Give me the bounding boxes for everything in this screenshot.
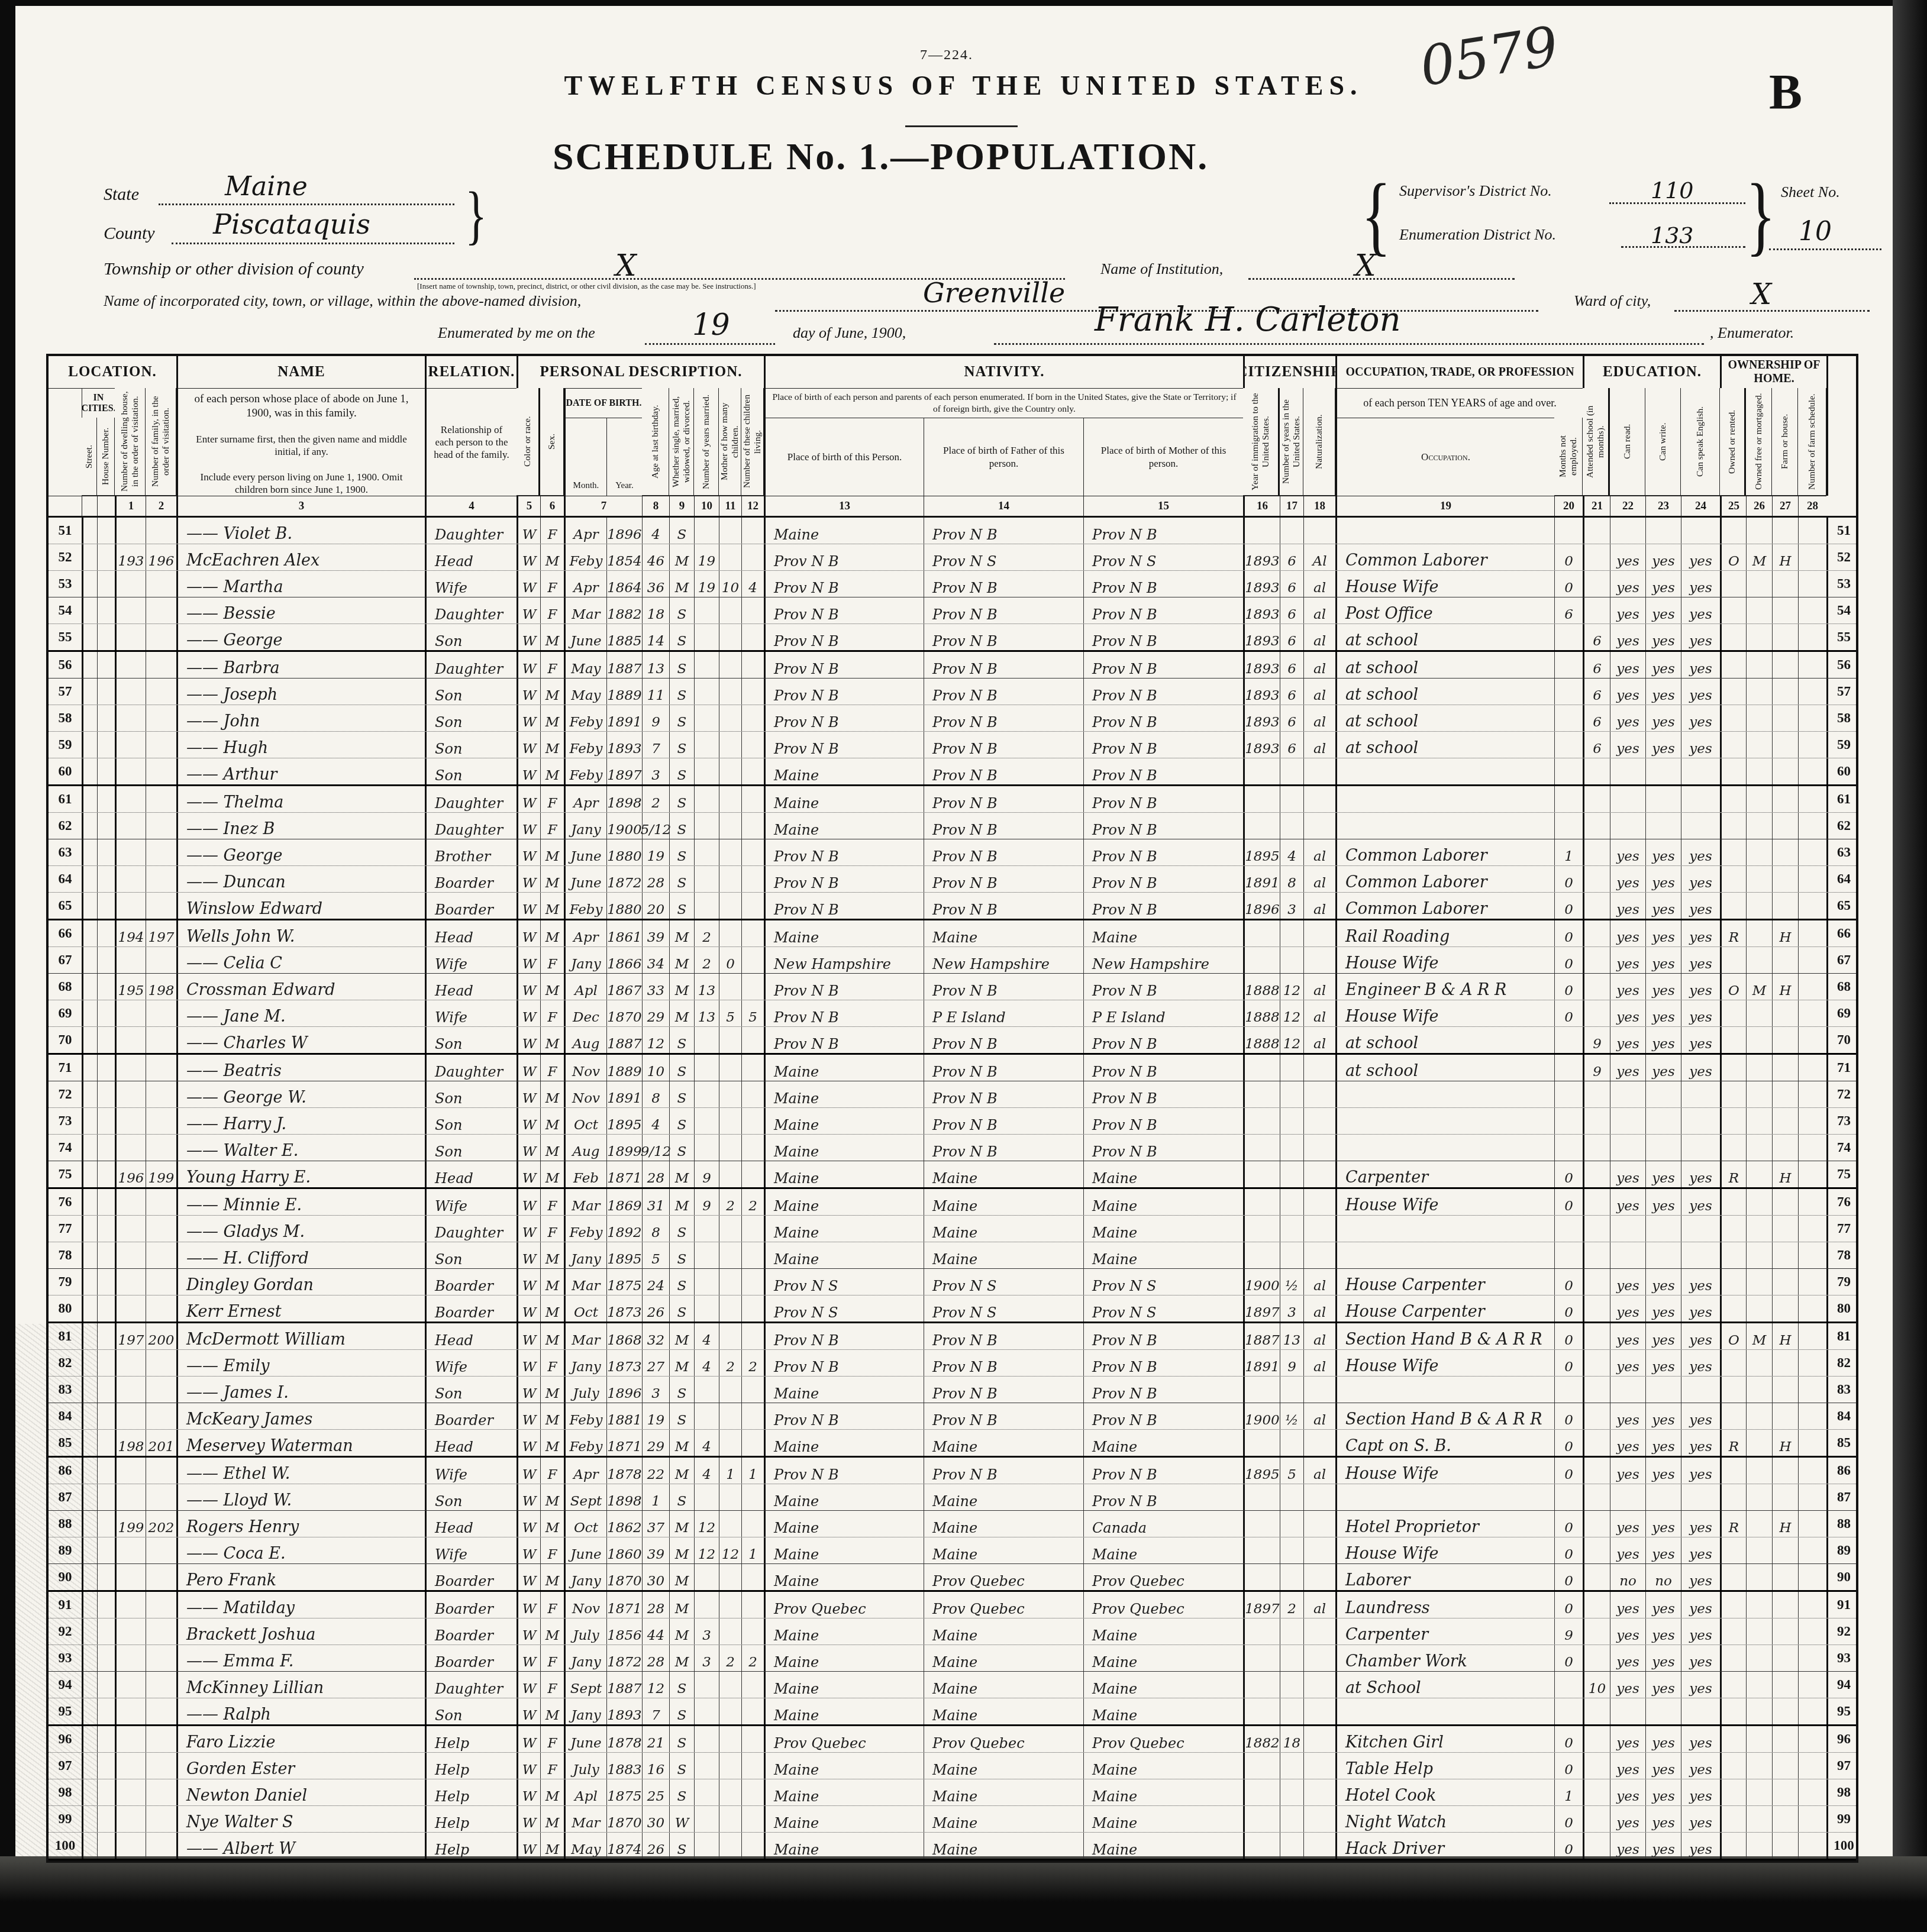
cell-children_living: 2 [741, 1350, 764, 1376]
cell-mother_of [719, 893, 741, 919]
cell-birth_month: Nov [564, 1592, 606, 1618]
cell-mother_of [719, 732, 741, 758]
cell-farm_house [1772, 1484, 1798, 1510]
cell-attended_school [1583, 893, 1610, 919]
cell-farm_house [1772, 1295, 1798, 1322]
row-number-right: 59 [1826, 732, 1860, 758]
cell-months_not_employed: 6 [1554, 597, 1583, 623]
enumerated-day-line [645, 343, 775, 345]
cell-years_us [1280, 1564, 1303, 1590]
cell-attended_school [1583, 1189, 1610, 1215]
cell-dwelling [115, 1216, 146, 1242]
column-number: 6 [540, 496, 564, 516]
cell-owned_rented [1720, 1537, 1746, 1563]
cell-marital: M [669, 544, 694, 570]
cell-can_write: yes [1645, 652, 1681, 678]
cell-marital: S [669, 1242, 694, 1268]
cell-pob_mother: Prov N B [1083, 1377, 1243, 1403]
cell-marital: S [669, 1403, 694, 1429]
cell-farm_house [1772, 1269, 1798, 1295]
cell-can_read: yes [1610, 1726, 1645, 1752]
cell-naturalization: al [1303, 1323, 1335, 1349]
cell-birth_year: 1867 [606, 974, 642, 1000]
cell-relation: Head [425, 1511, 517, 1537]
cell-owned_rented: R [1720, 1430, 1746, 1456]
cell-occupation [1335, 1216, 1554, 1242]
row-number-right: 61 [1826, 786, 1860, 812]
cell-naturalization: al [1303, 1269, 1335, 1295]
cell-name: Kerr Ernest [176, 1295, 425, 1322]
cell-color: W [517, 732, 540, 758]
cell-occupation: Capt on S. B. [1335, 1430, 1554, 1456]
cell-pob_person: Maine [764, 1779, 924, 1805]
cell-owned_free_mortgaged [1746, 1537, 1772, 1563]
cell-pob_father: Maine [924, 1484, 1083, 1510]
cell-owned_free_mortgaged [1746, 1403, 1772, 1429]
cell-name: McDermott William [176, 1323, 425, 1349]
cell-sex: M [540, 1833, 564, 1859]
cell-years_married: 9 [694, 1161, 719, 1187]
cell-naturalization [1303, 1161, 1335, 1187]
cell-relation: Son [425, 732, 517, 758]
cell-children_living: 2 [741, 1645, 764, 1671]
cell-imm_year: 1888 [1243, 1027, 1280, 1053]
cell-farm_house [1772, 1537, 1798, 1563]
row-number-right: 56 [1826, 652, 1860, 678]
cell-attended_school [1583, 866, 1610, 892]
cell-dwelling [115, 1108, 146, 1134]
cell-farm_schedule [1798, 1323, 1826, 1349]
cell-owned_free_mortgaged [1746, 652, 1772, 678]
cell-can_speak_english: yes [1681, 1323, 1720, 1349]
cell-naturalization [1303, 920, 1335, 946]
cell-birth_year: 1889 [606, 1055, 642, 1081]
cell-marital: S [669, 1484, 694, 1510]
cell-months_not_employed: 0 [1554, 1350, 1583, 1376]
cell-birth_month: Apr [564, 571, 606, 597]
cell-owned_rented [1720, 1592, 1746, 1618]
cell-age: 44 [642, 1618, 669, 1645]
cell-age: 36 [642, 571, 669, 597]
cell-pob_father: Prov N B [924, 786, 1083, 812]
cell-years_us [1280, 1430, 1303, 1456]
cell-age: 26 [642, 1295, 669, 1322]
cell-can_write: yes [1645, 1403, 1681, 1429]
cell-attended_school [1583, 1323, 1610, 1349]
cell-farm_house [1772, 893, 1798, 919]
cell-years_us [1280, 1779, 1303, 1805]
cell-can_read [1610, 813, 1645, 839]
cell-pob_person: Prov N B [764, 624, 924, 650]
cell-pob_mother: Prov N B [1083, 1027, 1243, 1053]
cell-farm_schedule [1798, 758, 1826, 784]
cell-can_speak_english: yes [1681, 1726, 1720, 1752]
cell-name: Nye Walter S [176, 1806, 425, 1832]
cell-pob_father: Prov N B [924, 597, 1083, 623]
cell-pob_father: Prov N B [924, 893, 1083, 919]
cell-occupation: House Wife [1335, 1458, 1554, 1484]
cell-pob_mother: Prov N B [1083, 813, 1243, 839]
cell-age: 26 [642, 1833, 669, 1859]
cell-pob_mother: Prov N B [1083, 1484, 1243, 1510]
cell-marital: S [669, 1779, 694, 1805]
cell-occupation: Rail Roading [1335, 920, 1554, 946]
col-age: Age at last birthday. [642, 388, 669, 496]
cell-farm_schedule [1798, 624, 1826, 650]
cell-occupation [1335, 1108, 1554, 1134]
cell-occupation [1335, 518, 1554, 544]
cell-family [146, 652, 176, 678]
cell-imm_year [1243, 1806, 1280, 1832]
cell-street [82, 1564, 97, 1590]
cell-naturalization: al [1303, 893, 1335, 919]
cell-years_married: 2 [694, 920, 719, 946]
cell-owned_rented [1720, 1698, 1746, 1724]
cell-years_married [694, 597, 719, 623]
cell-mother_of [719, 518, 741, 544]
cell-pob_father: Prov N B [924, 1458, 1083, 1484]
cell-street [82, 1161, 97, 1187]
cell-family [146, 1108, 176, 1134]
cell-pob_person: Prov N S [764, 1269, 924, 1295]
row-number-right: 53 [1826, 571, 1860, 597]
enumerated-day: 19 [692, 308, 730, 342]
cell-pob_mother: Maine [1083, 1189, 1243, 1215]
cell-relation: Wife [425, 947, 517, 973]
cell-pob_father: Prov N S [924, 544, 1083, 570]
cell-attended_school [1583, 1592, 1610, 1618]
cell-imm_year [1243, 1216, 1280, 1242]
cell-family [146, 1779, 176, 1805]
cell-marital: M [669, 1592, 694, 1618]
col-can-speak-english: Can speak English. [1681, 388, 1720, 496]
cell-sex: M [540, 1564, 564, 1590]
cell-years_us [1280, 1161, 1303, 1187]
cell-attended_school [1583, 920, 1610, 946]
cell-can_read: yes [1610, 1350, 1645, 1376]
cell-years_married: 13 [694, 1000, 719, 1026]
cell-mother_of: 2 [719, 1645, 741, 1671]
cell-imm_year: 1896 [1243, 893, 1280, 919]
cell-birth_month: Dec [564, 1000, 606, 1026]
cell-imm_year: 1893 [1243, 705, 1280, 731]
scan-edge-right [1893, 0, 1927, 1932]
cell-occupation: at school [1335, 705, 1554, 731]
cell-owned_rented [1720, 1108, 1746, 1134]
cell-owned_rented [1720, 1377, 1746, 1403]
cell-mother_of [719, 1484, 741, 1510]
cell-farm_schedule [1798, 786, 1826, 812]
cell-years_married: 3 [694, 1618, 719, 1645]
cell-street [82, 597, 97, 623]
cell-occupation: Carpenter [1335, 1618, 1554, 1645]
sheet-letter: B [1769, 64, 1802, 121]
cell-months_not_employed: 0 [1554, 1833, 1583, 1859]
cell-owned_free_mortgaged [1746, 1618, 1772, 1645]
col-marital: Whether single, married, widowed, or div… [669, 388, 694, 496]
cell-name: —— James I. [176, 1377, 425, 1403]
cell-farm_house [1772, 1833, 1798, 1859]
cell-can_write: yes [1645, 947, 1681, 973]
cell-years_married [694, 732, 719, 758]
row-number-left: 68 [49, 974, 82, 1000]
cell-can_write: yes [1645, 1027, 1681, 1053]
cell-attended_school [1583, 1081, 1610, 1107]
cell-can_speak_english: yes [1681, 1645, 1720, 1671]
cell-imm_year [1243, 947, 1280, 973]
cell-relation: Wife [425, 571, 517, 597]
cell-years_married: 4 [694, 1350, 719, 1376]
cell-farm_schedule [1798, 1295, 1826, 1322]
cell-pob_father: Maine [924, 1161, 1083, 1187]
cell-pob_person: Maine [764, 1484, 924, 1510]
cell-owned_free_mortgaged [1746, 1806, 1772, 1832]
cell-children_living [741, 1564, 764, 1590]
cell-children_living [741, 1618, 764, 1645]
table-row: 81197200McDermott WilliamHeadWMMar186832… [49, 1323, 1856, 1350]
cell-years_us [1280, 947, 1303, 973]
cell-owned_free_mortgaged: M [1746, 1323, 1772, 1349]
cell-relation: Help [425, 1726, 517, 1752]
cell-family: 202 [146, 1511, 176, 1537]
cell-marital: S [669, 1698, 694, 1724]
cell-owned_free_mortgaged [1746, 1833, 1772, 1859]
cell-relation: Daughter [425, 1216, 517, 1242]
cell-farm_schedule [1798, 1537, 1826, 1563]
cell-family [146, 1833, 176, 1859]
cell-relation: Son [425, 1108, 517, 1134]
cell-owned_rented [1720, 518, 1746, 544]
cell-dwelling [115, 1564, 146, 1590]
cell-color: W [517, 1672, 540, 1698]
cell-can_read [1610, 1698, 1645, 1724]
cell-farm_house [1772, 1027, 1798, 1053]
table-row: 77—— Gladys M.DaughterWFFeby18928SMaineM… [49, 1216, 1856, 1242]
cell-family [146, 893, 176, 919]
cell-owned_free_mortgaged [1746, 1135, 1772, 1161]
cell-dwelling [115, 571, 146, 597]
cell-mother_of [719, 758, 741, 784]
cell-children_living [741, 786, 764, 812]
cell-birth_year: 1893 [606, 1698, 642, 1724]
cell-sex: M [540, 1430, 564, 1456]
cell-pob_mother: Maine [1083, 1161, 1243, 1187]
cell-relation: Wife [425, 1189, 517, 1215]
cell-owned_free_mortgaged [1746, 1753, 1772, 1779]
cell-imm_year: 1900 [1243, 1269, 1280, 1295]
cell-pob_person: Prov N B [764, 1000, 924, 1026]
cell-mother_of [719, 813, 741, 839]
cell-attended_school [1583, 597, 1610, 623]
cell-marital: S [669, 732, 694, 758]
cell-sex: F [540, 1645, 564, 1671]
cell-pob_mother: Prov N B [1083, 1108, 1243, 1134]
cell-birth_month: June [564, 866, 606, 892]
cell-pob_mother: Maine [1083, 1430, 1243, 1456]
cell-imm_year [1243, 518, 1280, 544]
cell-owned_free_mortgaged [1746, 1216, 1772, 1242]
county-value: Piscataquis [213, 208, 370, 240]
row-number-right: 76 [1826, 1189, 1860, 1215]
cell-farm_house [1772, 1377, 1798, 1403]
group-relation: RELATION. [425, 356, 517, 388]
cell-owned_rented [1720, 893, 1746, 919]
cell-farm_house [1772, 1672, 1798, 1698]
cell-years_us [1280, 1055, 1303, 1081]
cell-can_speak_english: yes [1681, 597, 1720, 623]
cell-can_speak_english: yes [1681, 1055, 1720, 1081]
table-row: 63—— GeorgeBrotherWMJune188019SProv N BP… [49, 839, 1856, 866]
cell-color: W [517, 1618, 540, 1645]
cell-color: W [517, 624, 540, 650]
cell-name: Wells John W. [176, 920, 425, 946]
cell-occupation [1335, 1081, 1554, 1107]
cell-age: 39 [642, 920, 669, 946]
cell-pob_mother: Maine [1083, 1645, 1243, 1671]
cell-name: McEachren Alex [176, 544, 425, 570]
cell-imm_year [1243, 1189, 1280, 1215]
cell-owned_free_mortgaged [1746, 813, 1772, 839]
cell-years_us: 12 [1280, 1000, 1303, 1026]
cell-name: —— Emily [176, 1350, 425, 1376]
cell-months_not_employed: 0 [1554, 1000, 1583, 1026]
cell-age: 5/12 [642, 813, 669, 839]
cell-sex: M [540, 1242, 564, 1268]
cell-farm_house: H [1772, 1511, 1798, 1537]
cell-imm_year: 1897 [1243, 1295, 1280, 1322]
cell-mother_of: 2 [719, 1189, 741, 1215]
cell-naturalization: al [1303, 597, 1335, 623]
row-number-left: 79 [49, 1269, 82, 1295]
cell-can_speak_english: yes [1681, 1000, 1720, 1026]
cell-children_living [741, 544, 764, 570]
cell-children_living: 1 [741, 1458, 764, 1484]
cell-house [97, 518, 115, 544]
col-months-not-employed: Months not employed. [1554, 418, 1583, 496]
cell-can_write: yes [1645, 679, 1681, 705]
cell-owned_rented [1720, 1484, 1746, 1510]
row-number-right: 64 [1826, 866, 1860, 892]
cell-color: W [517, 1806, 540, 1832]
table-row: 78—— H. CliffordSonWMJany18955SMaineMain… [49, 1242, 1856, 1269]
cell-color: W [517, 813, 540, 839]
column-number: 28 [1798, 496, 1826, 516]
cell-occupation: Post Office [1335, 597, 1554, 623]
cell-street [82, 1779, 97, 1805]
cell-farm_schedule [1798, 1403, 1826, 1429]
cell-sex: F [540, 597, 564, 623]
cell-dwelling [115, 813, 146, 839]
cell-age: 28 [642, 866, 669, 892]
cell-months_not_employed: 1 [1554, 839, 1583, 865]
cell-farm_house [1772, 1779, 1798, 1805]
cell-street [82, 1189, 97, 1215]
cell-birth_month: Jany [564, 813, 606, 839]
cell-color: W [517, 1242, 540, 1268]
cell-house [97, 1645, 115, 1671]
cell-family: 198 [146, 974, 176, 1000]
cell-pob_mother: Prov N B [1083, 679, 1243, 705]
cell-years_us: 8 [1280, 866, 1303, 892]
cell-can_speak_english: yes [1681, 974, 1720, 1000]
cell-family [146, 1618, 176, 1645]
cell-owned_rented: R [1720, 1511, 1746, 1537]
cell-children_living [741, 1833, 764, 1859]
township-value: X [615, 248, 637, 283]
cell-children_living [741, 947, 764, 973]
cell-farm_schedule [1798, 1189, 1826, 1215]
cell-pob_person: Maine [764, 1618, 924, 1645]
cell-owned_free_mortgaged [1746, 571, 1772, 597]
cell-years_married [694, 1216, 719, 1242]
cell-pob_person: Prov N B [764, 1350, 924, 1376]
cell-street [82, 1672, 97, 1698]
cell-farm_house [1772, 786, 1798, 812]
cell-name: —— Charles W [176, 1027, 425, 1053]
cell-pob_person: Prov N B [764, 705, 924, 731]
cell-months_not_employed: 0 [1554, 947, 1583, 973]
cell-can_read: yes [1610, 1537, 1645, 1563]
cell-attended_school: 9 [1583, 1027, 1610, 1053]
cell-marital: M [669, 1323, 694, 1349]
cell-occupation: Laborer [1335, 1564, 1554, 1590]
cell-house [97, 786, 115, 812]
cell-birth_year: 1900 [606, 813, 642, 839]
cell-street [82, 920, 97, 946]
cell-dwelling [115, 1618, 146, 1645]
column-number: 14 [924, 496, 1083, 516]
cell-farm_house [1772, 1806, 1798, 1832]
cell-name: —— John [176, 705, 425, 731]
cell-birth_year: 1891 [606, 705, 642, 731]
cell-sex: M [540, 624, 564, 650]
cell-name: —— Emma F. [176, 1645, 425, 1671]
cell-age: 30 [642, 1564, 669, 1590]
cell-can_speak_english [1681, 1108, 1720, 1134]
cell-pob_mother: Maine [1083, 920, 1243, 946]
cell-years_us: 6 [1280, 597, 1303, 623]
cell-years_married: 3 [694, 1645, 719, 1671]
cell-birth_year: 1897 [606, 758, 642, 784]
cell-relation: Help [425, 1806, 517, 1832]
cell-relation: Daughter [425, 813, 517, 839]
cell-birth_month: June [564, 839, 606, 865]
cell-pob_person: Maine [764, 518, 924, 544]
cell-farm_schedule [1798, 732, 1826, 758]
cell-pob_person: Maine [764, 1216, 924, 1242]
cell-family [146, 839, 176, 865]
cell-mother_of [719, 866, 741, 892]
cell-can_speak_english: yes [1681, 1592, 1720, 1618]
cell-can_read: yes [1610, 1753, 1645, 1779]
cell-can_write [1645, 813, 1681, 839]
row-number-left: 98 [49, 1779, 82, 1805]
cell-birth_year: 1870 [606, 1000, 642, 1026]
cell-owned_free_mortgaged [1746, 1430, 1772, 1456]
cell-relation: Boarder [425, 1564, 517, 1590]
cell-children_living [741, 1484, 764, 1510]
col-sex: Sex. [540, 388, 564, 496]
row-number-left: 63 [49, 839, 82, 865]
cell-pob_person: Maine [764, 1377, 924, 1403]
cell-relation: Boarder [425, 1645, 517, 1671]
cell-attended_school [1583, 1403, 1610, 1429]
cell-pob_father: Maine [924, 1618, 1083, 1645]
column-number: 1 [115, 496, 146, 516]
cell-age: 7 [642, 732, 669, 758]
table-row: 65Winslow EdwardBoarderWMFeby188020SProv… [49, 893, 1856, 920]
cell-house [97, 1779, 115, 1805]
